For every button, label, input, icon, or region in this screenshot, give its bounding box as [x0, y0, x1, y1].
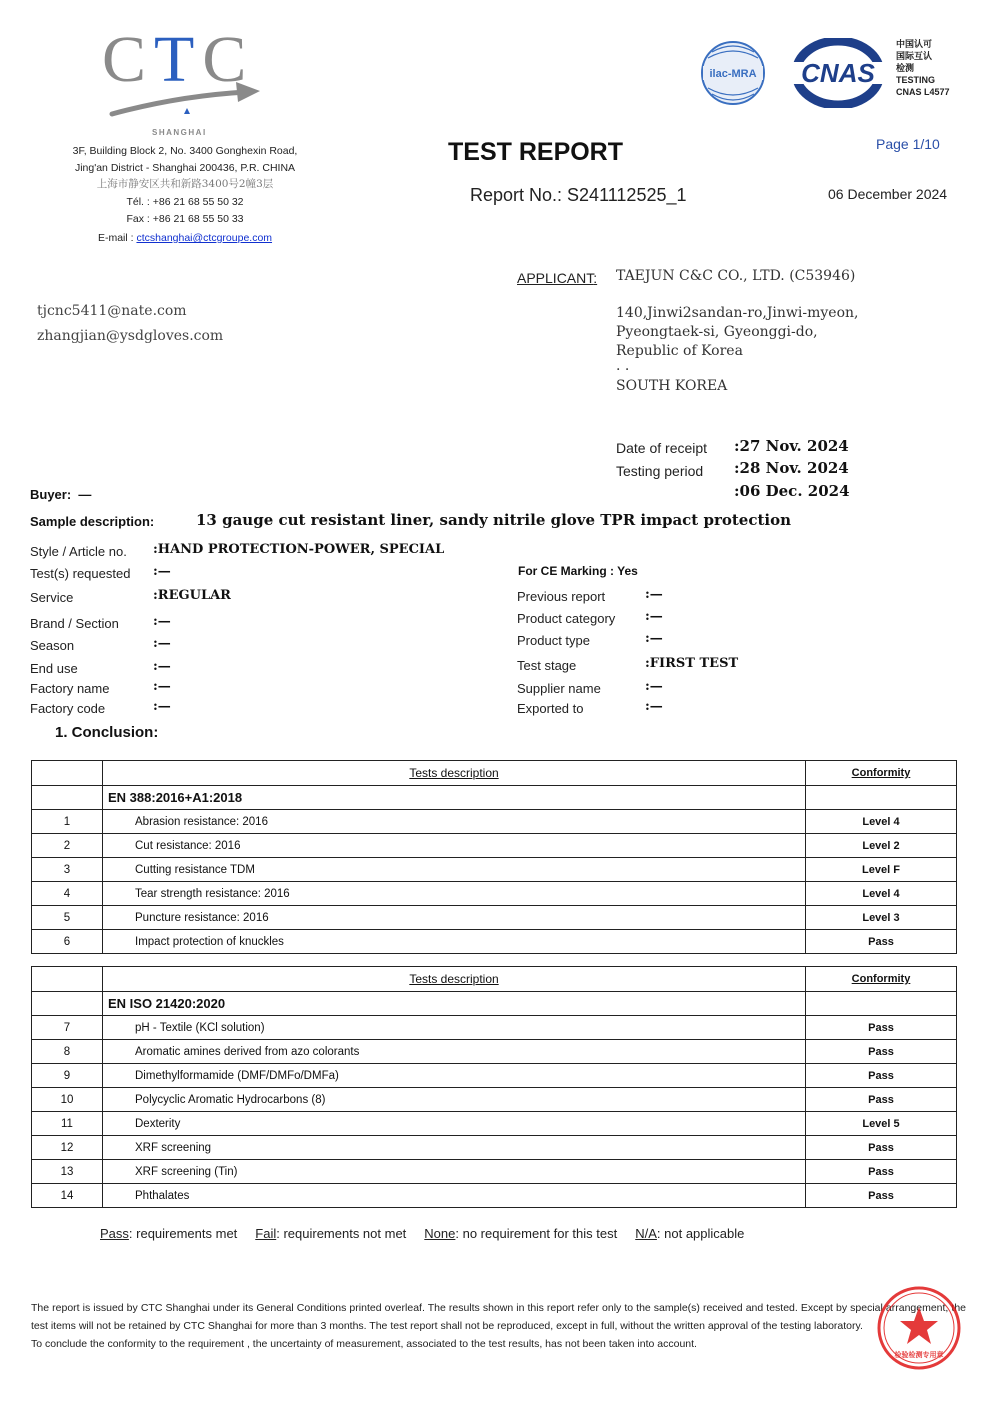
table-row: 7pH - Textile (KCl solution)Pass — [32, 1016, 957, 1040]
date-of-receipt-label: Date of receipt — [616, 440, 707, 456]
field-value: :— — [153, 699, 171, 714]
field-value: :— — [645, 679, 663, 694]
legend-meaning: : not applicable — [657, 1226, 744, 1241]
test-number: 10 — [32, 1088, 103, 1112]
legend-term: None — [424, 1226, 455, 1241]
test-number: 5 — [32, 906, 103, 930]
field-label: Season — [30, 638, 74, 653]
report-title: TEST REPORT — [448, 138, 623, 167]
legend-meaning: : no requirement for this test — [455, 1226, 617, 1241]
field-value: :— — [645, 631, 663, 646]
conformity-result: Pass — [806, 1040, 957, 1064]
field-value: :— — [645, 699, 663, 714]
footer-paragraph-1: The report is issued by CTC Shanghai und… — [31, 1299, 966, 1335]
field-label: Exported to — [517, 701, 584, 716]
email-line: E-mail : ctcshanghai@ctcgroupe.com — [30, 232, 340, 244]
field-label: Service — [30, 590, 73, 605]
cnas-accreditation-text: 中国认可 国际互认 检测 TESTING CNAS L4577 — [896, 38, 950, 98]
field-label: Product type — [517, 633, 590, 648]
conformity-result: Level 5 — [806, 1112, 957, 1136]
conformity-result: Level 4 — [806, 882, 957, 906]
field-label: Test stage — [517, 658, 576, 673]
field-value: :— — [645, 587, 663, 602]
field-value: :— — [153, 564, 171, 579]
tel-number: Tél. : +86 21 68 55 50 32 — [30, 196, 340, 208]
address-chinese: 上海市静安区共和新路3400号2幢3层 — [30, 176, 340, 191]
standard-name: EN ISO 21420:2020 — [103, 992, 806, 1016]
header-conformity: Conformity — [806, 761, 957, 786]
test-description: Impact protection of knuckles — [103, 930, 806, 954]
legend-term: Fail — [255, 1226, 276, 1241]
legend-item: Pass: requirements met — [100, 1226, 237, 1241]
header-tests-description: Tests description — [103, 761, 806, 786]
test-description: XRF screening (Tin) — [103, 1160, 806, 1184]
legend-term: N/A — [635, 1226, 657, 1241]
report-date: 06 December 2024 — [828, 186, 947, 202]
standard-no-cell — [32, 992, 103, 1016]
conformity-result: Level 4 — [806, 810, 957, 834]
table-row: 11DexterityLevel 5 — [32, 1112, 957, 1136]
fax-number: Fax : +86 21 68 55 50 33 — [30, 213, 340, 225]
address-line-2: Jing'an District - Shanghai 200436, P.R.… — [30, 162, 340, 174]
test-description: Abrasion resistance: 2016 — [103, 810, 806, 834]
conformity-result: Pass — [806, 930, 957, 954]
conformity-result: Level 2 — [806, 834, 957, 858]
conformity-result: Pass — [806, 1064, 957, 1088]
test-description: Puncture resistance: 2016 — [103, 906, 806, 930]
standard-row: EN ISO 21420:2020 — [32, 992, 957, 1016]
sample-description-value: 13 gauge cut resistant liner, sandy nitr… — [196, 511, 791, 529]
conclusion-heading: 1. Conclusion: — [55, 724, 158, 741]
test-description: Cut resistance: 2016 — [103, 834, 806, 858]
results-table-en-iso-21420: Tests descriptionConformityEN ISO 21420:… — [31, 966, 957, 1208]
test-number: 13 — [32, 1160, 103, 1184]
conformity-result: Level F — [806, 858, 957, 882]
field-value: :— — [153, 659, 171, 674]
table-header-row: Tests descriptionConformity — [32, 967, 957, 992]
table-row: 4Tear strength resistance: 2016Level 4 — [32, 882, 957, 906]
cnas-line: 检测 — [896, 62, 950, 74]
logo-city: SHANGHAI — [152, 128, 207, 137]
test-number: 4 — [32, 882, 103, 906]
standard-conf-cell — [806, 786, 957, 810]
report-number: Report No.: S241112525_1 — [470, 185, 687, 206]
cnas-logo: CNAS — [792, 38, 884, 108]
table-row: 6Impact protection of knucklesPass — [32, 930, 957, 954]
test-description: Tear strength resistance: 2016 — [103, 882, 806, 906]
contact-email-2: zhangjian@ysdgloves.com — [37, 328, 223, 344]
cnas-line: CNAS L4577 — [896, 86, 950, 98]
testing-period-start: :28 Nov. 2024 — [734, 459, 849, 477]
table-row: 12XRF screeningPass — [32, 1136, 957, 1160]
testing-period-end: :06 Dec. 2024 — [734, 482, 850, 500]
legend-item: Fail: requirements not met — [255, 1226, 406, 1241]
standard-no-cell — [32, 786, 103, 810]
test-description: Cutting resistance TDM — [103, 858, 806, 882]
header-tests-description: Tests description — [103, 967, 806, 992]
test-number: 2 — [32, 834, 103, 858]
field-label: Supplier name — [517, 681, 601, 696]
standard-name: EN 388:2016+A1:2018 — [103, 786, 806, 810]
official-stamp: 检验检测专用章 — [876, 1285, 962, 1371]
field-label: Style / Article no. — [30, 544, 127, 559]
footer-disclaimer: The report is issued by CTC Shanghai und… — [31, 1299, 966, 1353]
field-value: :— — [153, 614, 171, 629]
standard-conf-cell — [806, 992, 957, 1016]
test-description: pH - Textile (KCl solution) — [103, 1016, 806, 1040]
field-label: Test(s) requested — [30, 566, 130, 581]
field-label: End use — [30, 661, 78, 676]
date-of-receipt-value: :27 Nov. 2024 — [734, 437, 849, 455]
test-number: 6 — [32, 930, 103, 954]
legend-meaning: : requirements met — [129, 1226, 237, 1241]
legend-term: Pass — [100, 1226, 129, 1241]
test-number: 11 — [32, 1112, 103, 1136]
field-value: :— — [153, 679, 171, 694]
results-table-en388: Tests descriptionConformityEN 388:2016+A… — [31, 760, 957, 954]
page-number: Page 1/10 — [876, 136, 940, 152]
ce-marking: For CE Marking : Yes — [518, 564, 638, 578]
footer-paragraph-2: To conclude the conformity to the requir… — [31, 1335, 966, 1353]
field-value: :— — [645, 609, 663, 624]
conformity-result: Pass — [806, 1136, 957, 1160]
conformity-result: Level 3 — [806, 906, 957, 930]
field-label: Brand / Section — [30, 616, 119, 631]
arrow-icon — [108, 78, 268, 120]
test-description: Dexterity — [103, 1112, 806, 1136]
svg-text:ilac-MRA: ilac-MRA — [709, 68, 756, 80]
conformity-legend: Pass: requirements metFail: requirements… — [100, 1226, 762, 1241]
applicant-name: TAEJUN C&C CO., LTD. (C53946) — [616, 268, 855, 284]
test-description: Aromatic amines derived from azo coloran… — [103, 1040, 806, 1064]
table-row: 10Polycyclic Aromatic Hydrocarbons (8)Pa… — [32, 1088, 957, 1112]
svg-text:检验检测专用章: 检验检测专用章 — [895, 1350, 944, 1359]
field-value: :HAND PROTECTION-POWER, SPECIAL — [153, 542, 444, 557]
field-value: :FIRST TEST — [645, 656, 738, 671]
conformity-result: Pass — [806, 1184, 957, 1208]
header-no-cell — [32, 761, 103, 786]
svg-text:CNAS: CNAS — [801, 58, 875, 88]
star-icon — [900, 1307, 938, 1344]
table-header-row: Tests descriptionConformity — [32, 761, 957, 786]
field-label: Factory name — [30, 681, 109, 696]
applicant-address: 140,Jinwi2sandan-ro,Jinwi-myeon, Pyeongt… — [616, 304, 858, 361]
test-number: 3 — [32, 858, 103, 882]
field-value: :REGULAR — [153, 588, 231, 603]
test-number: 8 — [32, 1040, 103, 1064]
test-number: 14 — [32, 1184, 103, 1208]
field-value: :— — [153, 636, 171, 651]
legend-item: N/A: not applicable — [635, 1226, 744, 1241]
table-row: 2Cut resistance: 2016Level 2 — [32, 834, 957, 858]
test-number: 12 — [32, 1136, 103, 1160]
ilac-mra-logo: ilac-MRA — [700, 36, 766, 110]
test-number: 1 — [32, 810, 103, 834]
test-description: Phthalates — [103, 1184, 806, 1208]
conformity-result: Pass — [806, 1160, 957, 1184]
applicant-label: APPLICANT: — [517, 270, 597, 286]
standard-row: EN 388:2016+A1:2018 — [32, 786, 957, 810]
test-description: Dimethylformamide (DMF/DMFo/DMFa) — [103, 1064, 806, 1088]
conformity-result: Pass — [806, 1088, 957, 1112]
contact-email-1: tjcnc5411@nate.com — [37, 303, 187, 319]
field-label: Product category — [517, 611, 615, 626]
cnas-line: 中国认可 — [896, 38, 950, 50]
test-number: 7 — [32, 1016, 103, 1040]
cnas-line: TESTING — [896, 74, 950, 86]
table-row: 1Abrasion resistance: 2016Level 4 — [32, 810, 957, 834]
conformity-result: Pass — [806, 1016, 957, 1040]
legend-meaning: : requirements not met — [276, 1226, 406, 1241]
field-label: Factory code — [30, 701, 105, 716]
table-row: 13XRF screening (Tin)Pass — [32, 1160, 957, 1184]
field-label: Previous report — [517, 589, 605, 604]
table-row: 14PhthalatesPass — [32, 1184, 957, 1208]
cnas-line: 国际互认 — [896, 50, 950, 62]
header-no-cell — [32, 967, 103, 992]
buyer: Buyer: — — [30, 487, 91, 502]
table-row: 3Cutting resistance TDMLevel F — [32, 858, 957, 882]
sample-description-label: Sample description: — [30, 514, 154, 529]
address-line-1: 3F, Building Block 2, No. 3400 Gonghexin… — [30, 145, 340, 157]
test-description: XRF screening — [103, 1136, 806, 1160]
applicant-country: SOUTH KOREA — [616, 378, 727, 394]
table-row: 9Dimethylformamide (DMF/DMFo/DMFa)Pass — [32, 1064, 957, 1088]
table-row: 5Puncture resistance: 2016Level 3 — [32, 906, 957, 930]
testing-period-label: Testing period — [616, 463, 703, 479]
table-row: 8Aromatic amines derived from azo colora… — [32, 1040, 957, 1064]
header-conformity: Conformity — [806, 967, 957, 992]
email-label: E-mail : — [98, 232, 137, 244]
email-link[interactable]: ctcshanghai@ctcgroupe.com — [136, 232, 272, 244]
test-description: Polycyclic Aromatic Hydrocarbons (8) — [103, 1088, 806, 1112]
test-number: 9 — [32, 1064, 103, 1088]
applicant-dots: . . — [616, 358, 629, 374]
legend-item: None: no requirement for this test — [424, 1226, 617, 1241]
